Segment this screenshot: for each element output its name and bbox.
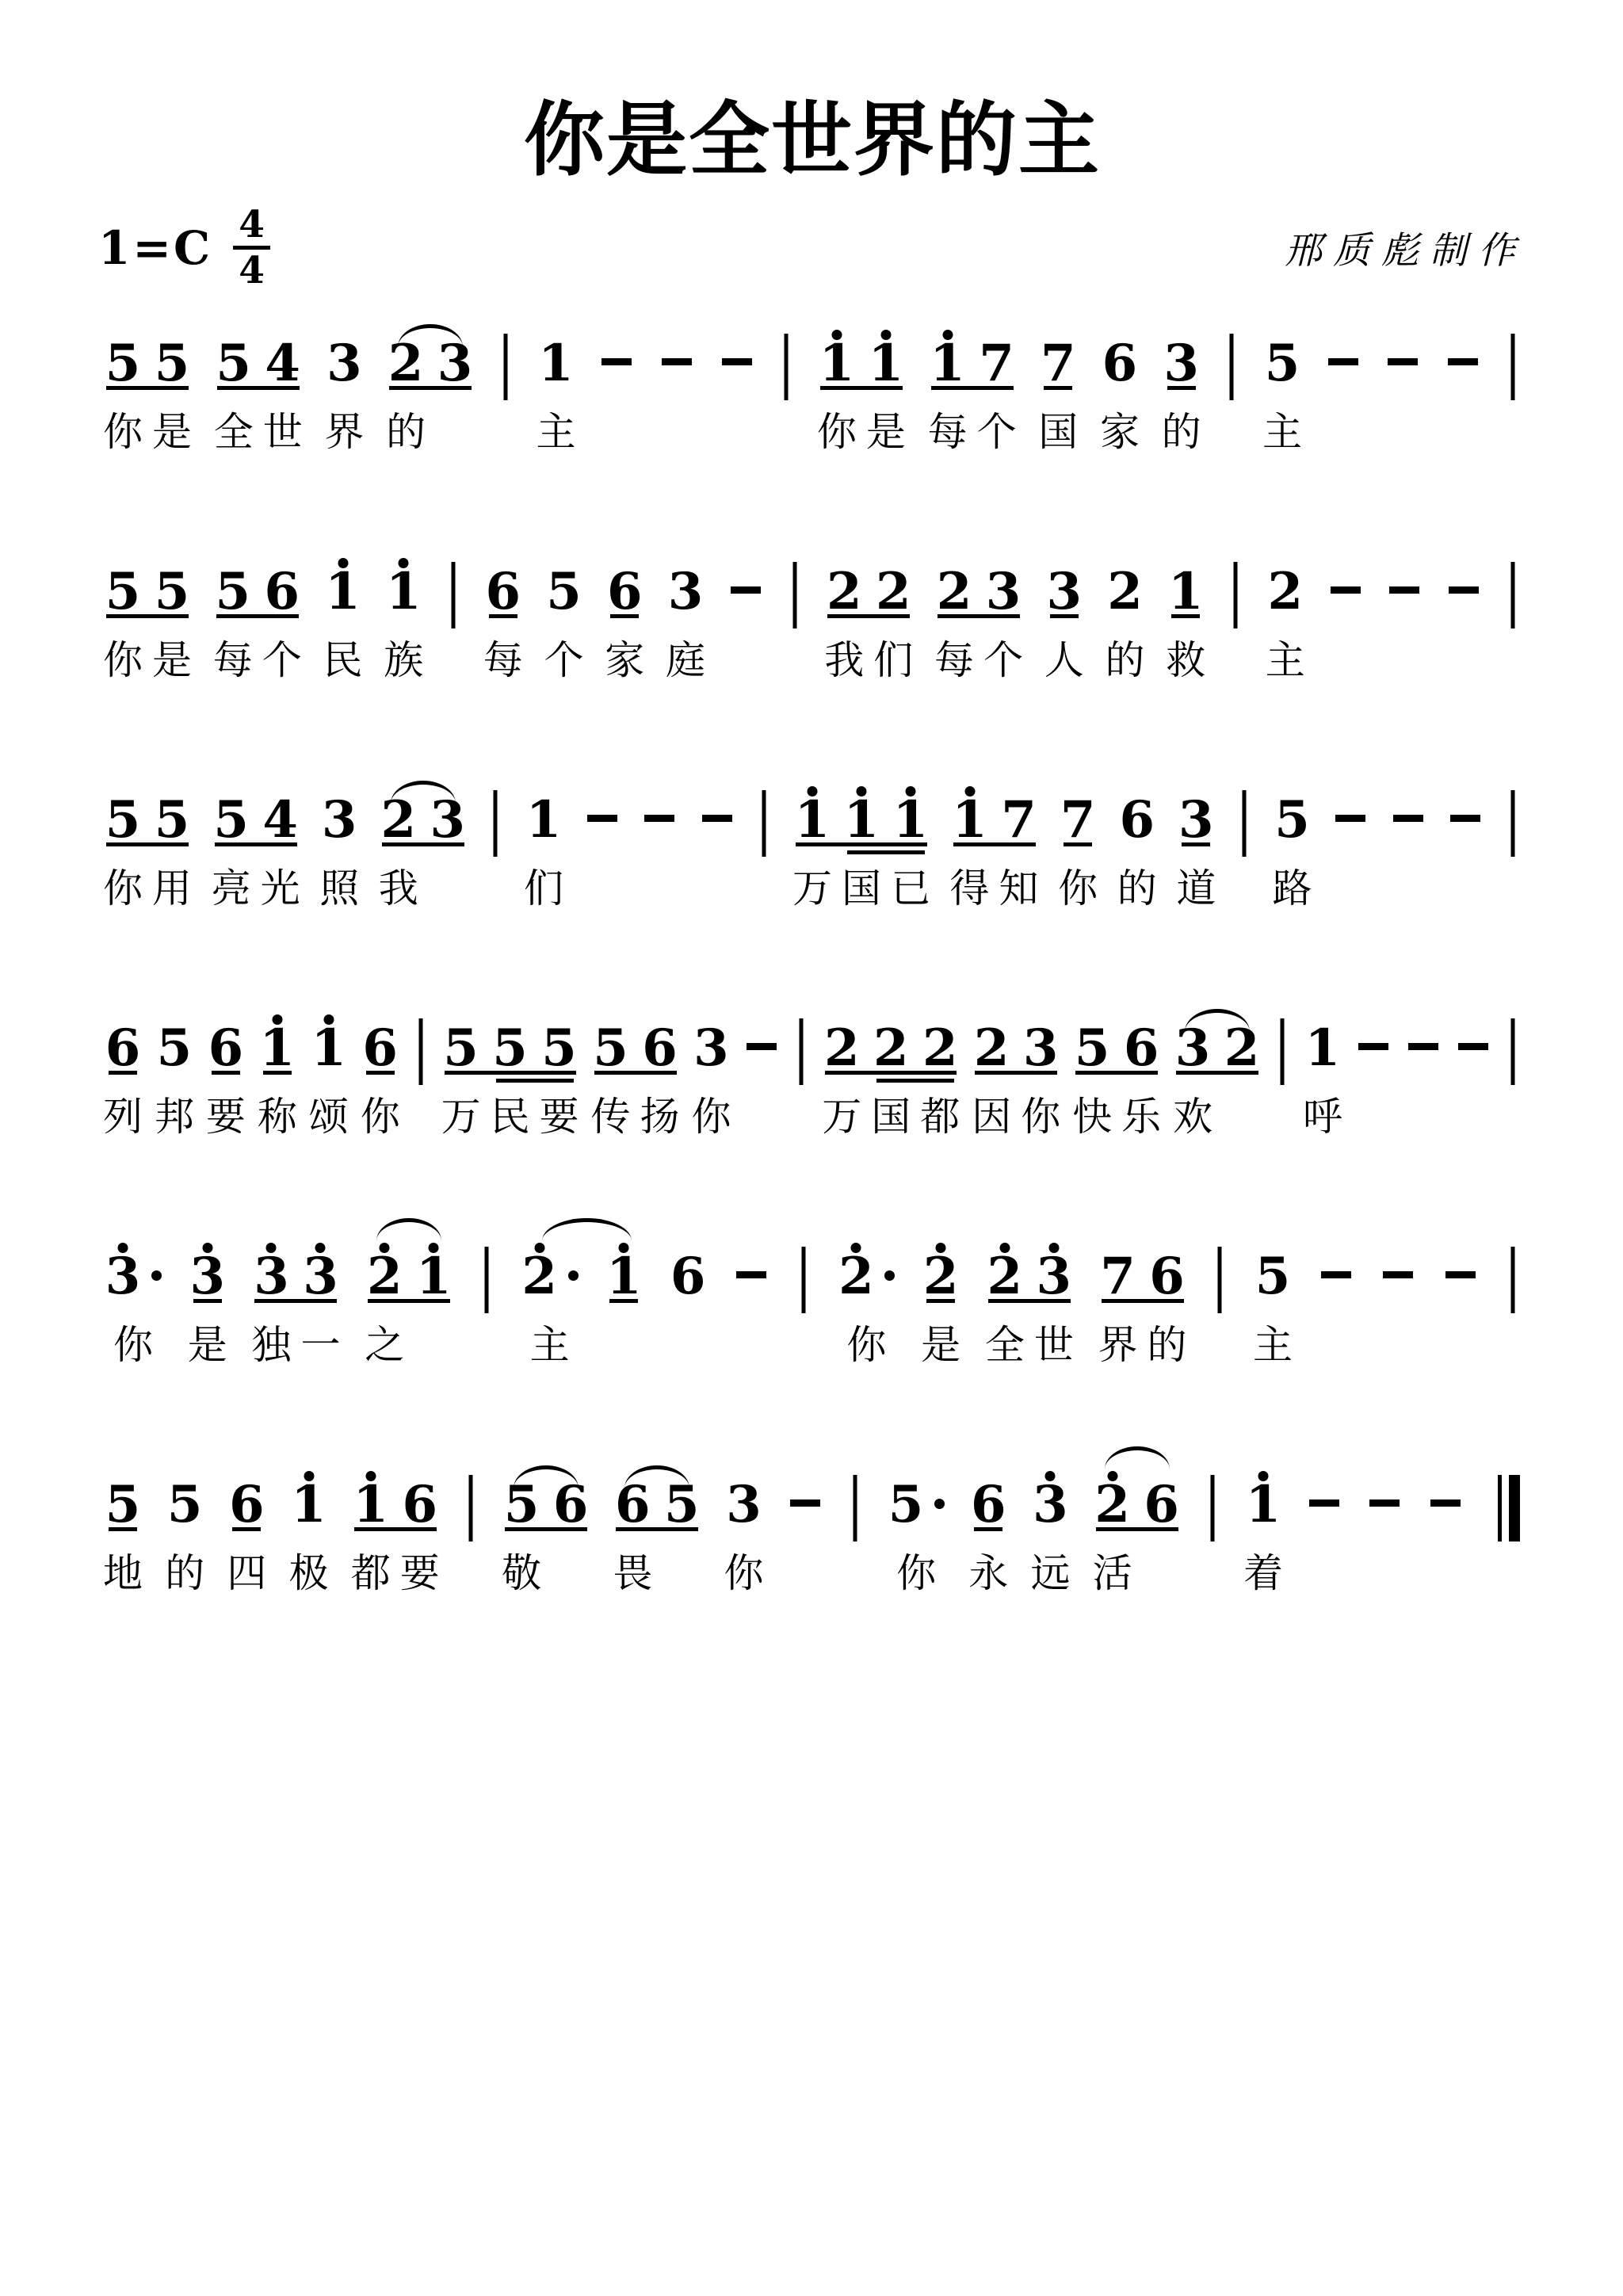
barline — [1222, 557, 1249, 682]
note-digit: 4 — [258, 338, 307, 389]
music-line: 5你5用5亮4光3照2我31们1万1国1已1得7知7你6的3道5路 — [98, 785, 1526, 911]
music-line: 6列5邦6要1称1颂6你5万5民5要5传6扬3你2万2国2都2因3你5快6乐3欢… — [98, 1014, 1526, 1139]
beam-underline — [106, 614, 189, 618]
note: 4世 — [258, 329, 307, 454]
dash-stroke — [1309, 1499, 1339, 1507]
dash-note — [636, 785, 683, 911]
beam-underline — [1044, 386, 1072, 390]
note-digit: 5 — [540, 567, 589, 617]
note: 3欢 — [1168, 1014, 1217, 1139]
note: 6每 — [479, 557, 528, 682]
dash-note — [722, 557, 769, 682]
dash-stroke — [644, 815, 674, 822]
token-group — [1312, 1242, 1360, 1367]
token-group: 5邦 — [150, 1014, 199, 1139]
barline-stroke — [800, 1018, 804, 1085]
lyric: 要 — [540, 1095, 579, 1139]
token-group — [1218, 329, 1245, 454]
token-group — [1499, 1242, 1526, 1367]
beam-underline — [232, 1527, 261, 1531]
lyric: 民 — [323, 638, 363, 682]
token-group: 6家 — [1095, 329, 1144, 454]
beam-underline — [820, 386, 903, 390]
token-group — [1482, 1470, 1526, 1595]
token-group: 5主 — [1258, 329, 1307, 454]
note-digit: 2 — [915, 1023, 964, 1074]
beam-group: 2的3 — [381, 329, 479, 454]
note-digit: 3 — [1171, 795, 1220, 846]
note: 7知 — [995, 785, 1044, 911]
beam-underline — [109, 1071, 137, 1075]
slur-arc — [1185, 1009, 1250, 1032]
note: 6的 — [1113, 785, 1162, 911]
beam-underline — [254, 1299, 337, 1303]
beam-group: 5亮4光 — [207, 785, 305, 911]
note: 6要 — [395, 1470, 445, 1595]
dash-stroke — [1389, 586, 1419, 594]
note-digit: 5 — [98, 567, 147, 617]
token-group — [1381, 557, 1428, 682]
lyric: 你 — [846, 1323, 886, 1367]
note: 6 — [1137, 1470, 1186, 1595]
note-digit: 1 — [379, 567, 428, 617]
slur-arc — [1105, 1446, 1170, 1469]
barline-stroke — [484, 1247, 488, 1313]
lyric: 民 — [491, 1095, 530, 1139]
barline — [790, 1242, 817, 1367]
note-digit: 3 — [98, 1251, 147, 1302]
lyric: 你 — [103, 866, 143, 911]
token-group — [1442, 785, 1489, 911]
note: 5每 — [208, 557, 258, 682]
note: 6 — [546, 1470, 595, 1595]
token-group — [693, 785, 741, 911]
lyric: 全 — [985, 1323, 1025, 1367]
lyric: 都 — [351, 1551, 391, 1595]
token-group: 1颂 — [304, 1014, 353, 1139]
music-line: 5你5是5全4世3界2的31主1你1是1每7个7国6家3的5主 — [98, 329, 1526, 454]
lyric: 是 — [152, 638, 192, 682]
token-group: 5主 — [1248, 1242, 1297, 1367]
token-group: 2主 — [515, 1242, 585, 1367]
beam-underline — [1050, 614, 1079, 618]
beam-group: 3是 — [183, 1242, 232, 1367]
barline — [1269, 1014, 1296, 1139]
note-digit: 2 — [1261, 567, 1310, 617]
note-digit: 1 — [253, 1023, 302, 1074]
dash-stroke — [1458, 1043, 1488, 1050]
note-digit: 6 — [1113, 795, 1162, 846]
note-digit: 3 — [979, 567, 1028, 617]
lyric: 们 — [524, 866, 563, 911]
note-digit: 5 — [881, 1480, 930, 1530]
note-digit: 2 — [869, 567, 918, 617]
music-line: 5你5是5每6个1民1族6每5个6家3庭2我2们2每3个3人2的1救2主 — [98, 557, 1526, 682]
note: 7界 — [1094, 1242, 1143, 1367]
barline — [1499, 1242, 1526, 1367]
token-group: 3远 — [1025, 1470, 1075, 1595]
dash-note — [1437, 1242, 1484, 1367]
augmentation-dot — [151, 1270, 162, 1281]
key-signature: 1=C 4 4 — [98, 206, 270, 289]
beam-group: 5传6扬 — [586, 1014, 685, 1139]
note: 3世 — [1029, 1242, 1079, 1367]
note: 3独 — [246, 1242, 296, 1367]
lyric: 界 — [1098, 1323, 1138, 1367]
music-line: 5地5的6四1极1都6要5敬66畏53你5你6永3远2活61着 — [98, 1470, 1526, 1595]
barline — [773, 329, 800, 454]
note: 5用 — [147, 785, 197, 911]
final-barline — [1482, 1470, 1526, 1595]
token-group — [722, 557, 769, 682]
dash-note — [579, 785, 626, 911]
lyric: 们 — [873, 638, 913, 682]
note: 2 — [1217, 1014, 1266, 1139]
lyric: 极 — [289, 1551, 329, 1595]
key-label: 1=C — [98, 221, 212, 275]
lyric: 乐 — [1121, 1095, 1161, 1139]
beam-group: 2是 — [916, 1242, 965, 1367]
note-digit: 2 — [916, 1251, 965, 1302]
note-digit: 5 — [98, 338, 147, 389]
barline-stroke — [1510, 1247, 1514, 1313]
lyric: 活 — [1093, 1551, 1132, 1595]
token-group — [473, 1242, 500, 1367]
lyric: 快 — [1072, 1095, 1112, 1139]
music-line: 3你3是3独3一2之12主162你2是2全3世7界6的5主 — [98, 1242, 1526, 1367]
lyric: 因 — [972, 1095, 1011, 1139]
beam-underline — [975, 1071, 1057, 1075]
note-digit: 2 — [360, 1251, 409, 1302]
credit: 邢质彪制作 — [1285, 221, 1526, 274]
note-digit: 2 — [819, 567, 869, 617]
note-digit: 1 — [1239, 1480, 1288, 1530]
note-digit: 5 — [160, 1480, 209, 1530]
lyric: 每 — [483, 638, 523, 682]
dash-stroke — [736, 1271, 766, 1278]
note: 6要 — [201, 1014, 250, 1139]
note: 7个 — [972, 329, 1022, 454]
note-digit: 5 — [208, 567, 258, 617]
lyric: 欢 — [1173, 1095, 1212, 1139]
lyric: 的 — [1106, 638, 1145, 682]
note-digit: 6 — [395, 1480, 445, 1530]
barline-stroke — [853, 1475, 857, 1541]
token-group: 1民 — [319, 557, 368, 682]
beam-underline — [610, 614, 639, 618]
beam-group: 6你 — [356, 1014, 405, 1139]
token-group: 5你 — [881, 1470, 951, 1595]
token-group — [1374, 1242, 1422, 1367]
lyric: 要 — [400, 1551, 440, 1595]
beam-group: 2我3 — [374, 785, 472, 911]
meter-numerator: 4 — [239, 206, 265, 243]
note: 6 — [663, 1242, 712, 1367]
token-group — [593, 329, 640, 454]
beam-underline — [489, 614, 517, 618]
token-group — [653, 329, 701, 454]
augmentation-dot — [934, 1499, 945, 1509]
note: 2你 — [831, 1242, 901, 1367]
note: 2之 — [360, 1242, 409, 1367]
token-group: 1族 — [379, 557, 428, 682]
beam-underline — [216, 614, 299, 618]
token-group — [1199, 1470, 1226, 1595]
note-digit: 6 — [964, 1480, 1013, 1530]
lyric: 你 — [817, 410, 857, 454]
dash-stroke — [1448, 358, 1478, 365]
beam-group: 3的 — [1157, 329, 1206, 454]
dash-stroke — [1430, 1499, 1461, 1507]
note-digit: 2 — [1088, 1480, 1137, 1530]
note: 3远 — [1025, 1470, 1075, 1595]
note-digit: 5 — [1067, 1023, 1117, 1074]
dash-note — [1374, 1242, 1422, 1367]
token-group — [1449, 1014, 1497, 1139]
lyric: 全 — [214, 410, 254, 454]
lyric: 扬 — [640, 1095, 680, 1139]
note: 7国 — [1033, 329, 1083, 454]
token-group: 5个 — [540, 557, 589, 682]
note-digit: 7 — [1094, 1251, 1143, 1302]
dash-note — [1312, 1242, 1360, 1367]
beam-underline — [609, 1299, 638, 1303]
token-group — [1269, 1014, 1296, 1139]
sheet-page: 你是全世界的主 1=C 4 4 邢质彪制作 5你5是5全4世3界2的31主1你1… — [0, 0, 1623, 1595]
note-digit: 6 — [201, 1023, 250, 1074]
lyric: 主 — [1253, 1323, 1293, 1367]
note-digit: 1 — [861, 338, 911, 389]
note: 2国 — [866, 1014, 915, 1139]
dash-stroke — [1321, 1271, 1351, 1278]
beam-underline — [938, 614, 1020, 618]
note: 3个 — [979, 557, 1028, 682]
lyric: 我 — [379, 866, 418, 911]
token-group — [1499, 785, 1526, 911]
token-group — [1300, 1470, 1348, 1595]
note: 5敬 — [497, 1470, 546, 1595]
token-group: 5的 — [160, 1470, 209, 1595]
beam-group: 1救 — [1161, 557, 1210, 682]
note-digit: 1 — [519, 795, 568, 846]
beam-underline — [505, 1527, 587, 1531]
beam-underline — [366, 1071, 395, 1075]
beam-underline-16th — [847, 850, 925, 854]
note-digit: 5 — [147, 795, 197, 846]
lyric: 家 — [1100, 410, 1140, 454]
key-row: 1=C 4 4 邢质彪制作 — [98, 206, 1526, 289]
note: 1颂 — [304, 1014, 353, 1139]
beam-underline — [445, 1071, 576, 1075]
token-group: 3你 — [686, 1014, 735, 1139]
barline — [1499, 557, 1526, 682]
lyric: 主 — [1262, 410, 1302, 454]
note: 1民 — [319, 557, 368, 682]
beam-group: 2之1 — [360, 1242, 458, 1367]
beam-underline — [215, 842, 297, 846]
lyric: 个 — [977, 410, 1017, 454]
barline — [492, 329, 519, 454]
beam-group: 3道 — [1171, 785, 1220, 911]
note-digit: 2 — [930, 567, 979, 617]
note: 6四 — [222, 1470, 271, 1595]
lyric: 界 — [324, 410, 364, 454]
beam-group: 6四 — [222, 1470, 271, 1595]
note: 3庭 — [661, 557, 710, 682]
lyric: 是 — [921, 1323, 960, 1367]
note: 3界 — [319, 329, 369, 454]
beam-group: 5地 — [98, 1470, 147, 1595]
beam-group: 6每 — [479, 557, 528, 682]
token-group — [790, 1242, 817, 1367]
dash-note — [1327, 785, 1374, 911]
note: 6家 — [600, 557, 649, 682]
note-digit: 6 — [222, 1480, 271, 1530]
dash-note — [1439, 329, 1487, 454]
barline-stroke — [1242, 790, 1246, 857]
token-group: 3你 — [98, 1242, 168, 1367]
lyric: 光 — [261, 866, 300, 911]
slur-arc — [624, 1465, 689, 1488]
token-group — [773, 329, 800, 454]
barline — [788, 1014, 815, 1139]
lyric: 一 — [300, 1323, 340, 1367]
note: 3你 — [720, 1470, 769, 1595]
note-digit: 2 — [515, 1251, 564, 1302]
beam-underline — [1075, 1071, 1158, 1075]
token-group: 3照 — [315, 785, 364, 911]
barline-stroke — [1510, 562, 1514, 628]
note-digit: 1 — [886, 795, 935, 846]
beam-underline — [106, 386, 189, 390]
beam-underline — [109, 1527, 137, 1531]
token-group — [457, 1470, 484, 1595]
note: 3你 — [98, 1242, 168, 1367]
beam-underline — [827, 614, 910, 618]
lyric: 个 — [983, 638, 1023, 682]
beam-group: 1你1是 — [812, 329, 911, 454]
dash-stroke — [1383, 1271, 1413, 1278]
lyric: 每 — [928, 410, 968, 454]
lyric: 敬 — [502, 1551, 541, 1595]
slur-arc — [391, 781, 456, 804]
beam-underline — [354, 1527, 437, 1531]
beam-underline — [212, 1071, 240, 1075]
beam-underline — [988, 1299, 1071, 1303]
barline-stroke — [1234, 562, 1238, 628]
lyric: 国 — [871, 1095, 911, 1139]
note: 3是 — [183, 1242, 232, 1367]
token-group — [482, 785, 509, 911]
barline-stroke — [468, 1475, 472, 1541]
dash-note — [1440, 557, 1487, 682]
token-group — [750, 785, 777, 911]
token-group — [727, 1242, 775, 1367]
note: 6乐 — [1117, 1014, 1166, 1139]
lyric: 主 — [1266, 638, 1305, 682]
dash-stroke — [1358, 1043, 1388, 1050]
note: 1每 — [923, 329, 972, 454]
note-digit: 6 — [1095, 338, 1144, 389]
dash-stroke — [790, 1499, 820, 1507]
lyric: 亮 — [212, 866, 251, 911]
note-digit: 2 — [817, 1023, 866, 1074]
note: 3你 — [1016, 1014, 1065, 1139]
token-group: 5路 — [1268, 785, 1317, 911]
note: 1你 — [812, 329, 861, 454]
beam-underline — [974, 1527, 1002, 1531]
note-digit: 6 — [356, 1023, 405, 1074]
lyric: 列 — [103, 1095, 143, 1139]
dash-stroke — [731, 586, 761, 594]
token-group — [1322, 557, 1369, 682]
note: 1已 — [886, 785, 935, 911]
dash-note — [713, 329, 761, 454]
note-digit: 3 — [1029, 1251, 1079, 1302]
note: 1呼 — [1298, 1014, 1347, 1139]
note: 6家 — [1095, 329, 1144, 454]
token-group — [1440, 557, 1487, 682]
beam-underline-16th — [876, 1079, 954, 1083]
dash-note — [1422, 1470, 1469, 1595]
note: 5路 — [1268, 785, 1317, 911]
note-digit: 3 — [686, 1023, 735, 1074]
lyric: 四 — [227, 1551, 266, 1595]
lyric: 远 — [1030, 1551, 1070, 1595]
beam-group: 2全3世 — [980, 1242, 1079, 1367]
dash-stroke — [1328, 358, 1358, 365]
final-bar-thin — [1498, 1475, 1502, 1541]
beam-group: 2我2们 — [819, 557, 918, 682]
note-digit: 6 — [663, 1251, 712, 1302]
note-digit: 3 — [315, 795, 364, 846]
beam-group: 1 — [599, 1242, 648, 1367]
beam-group: 6要 — [201, 1014, 250, 1139]
barline-stroke — [452, 562, 456, 628]
note: 5 — [657, 1470, 706, 1595]
note-digit: 7 — [995, 795, 1044, 846]
note: 5你 — [98, 557, 147, 682]
note-digit: 5 — [486, 1023, 535, 1074]
beam-group: 1万1国1已 — [788, 785, 935, 911]
lyric: 已 — [891, 866, 930, 911]
token-group — [1379, 329, 1426, 454]
note: 2我 — [374, 785, 423, 911]
lyric: 我 — [824, 638, 864, 682]
time-signature: 4 4 — [233, 206, 270, 289]
note: 5主 — [1248, 1242, 1297, 1367]
note-digit: 5 — [147, 567, 197, 617]
note: 2主 — [515, 1242, 585, 1367]
dash-note — [1350, 1014, 1397, 1139]
beam-group: 3人 — [1040, 557, 1089, 682]
token-group: 1着 — [1239, 1470, 1288, 1595]
barline — [473, 1242, 500, 1367]
note: 5万 — [437, 1014, 486, 1139]
beam-group: 1得7知 — [945, 785, 1044, 911]
token-group: 6 — [663, 1242, 712, 1367]
lyric: 个 — [544, 638, 584, 682]
token-group — [636, 785, 683, 911]
beam-underline — [926, 1299, 955, 1303]
slur-arc — [514, 1465, 579, 1488]
note-digit: 6 — [98, 1023, 147, 1074]
dash-note — [781, 1470, 829, 1595]
lyric: 你 — [113, 1323, 153, 1367]
token-group: 1主 — [531, 329, 580, 454]
note-digit: 5 — [147, 338, 197, 389]
token-group — [842, 1470, 869, 1595]
